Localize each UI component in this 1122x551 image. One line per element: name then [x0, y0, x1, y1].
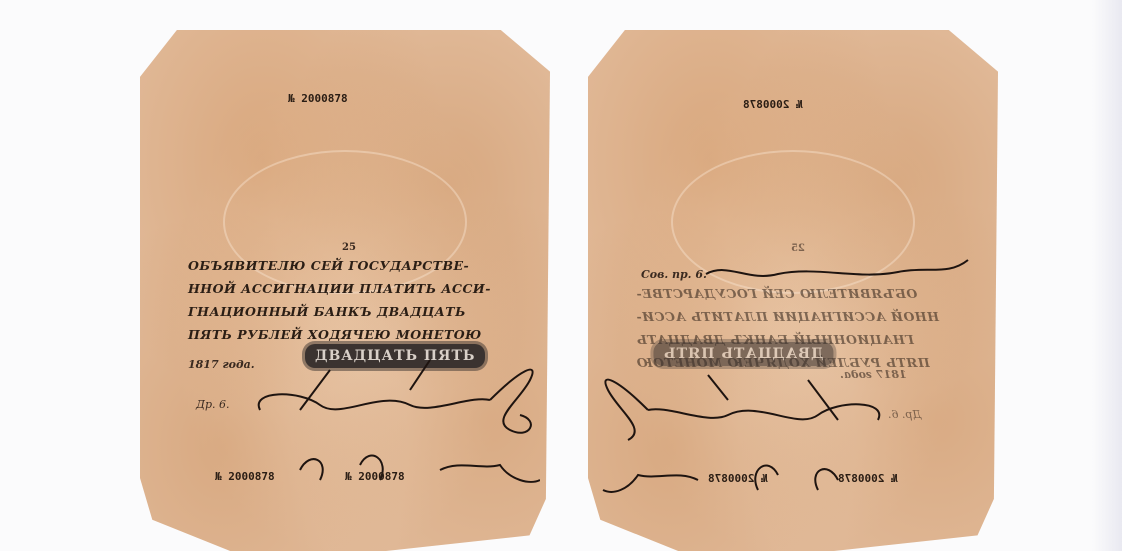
note-text-line: Объявителю сей государстве-: [188, 254, 488, 277]
banknote-back: № 2000878 25 Сов. пр. 6. Объявителю сей …: [588, 30, 998, 551]
note-text-line: нной ассигнации платить асси-: [636, 305, 939, 328]
note-text-line: пять рублей ходячею монетою: [188, 323, 488, 346]
note-text-line: гнационный банкъ двадцать: [188, 300, 488, 323]
note-text-line: нной ассигнации платить асси-: [188, 277, 488, 300]
denomination-stamp-mirrored: ДВАДЦАТЬ ПЯТЬ: [653, 342, 833, 366]
serial-number-bottom-left-mirrored: № 2000878: [708, 472, 768, 485]
serial-number-bottom-right: № 2000878: [345, 470, 405, 483]
serial-number-bottom-right-mirrored: № 2000878: [838, 472, 898, 485]
banknote-front: № 2000878 25 Объявителю сей государстве-…: [140, 30, 550, 551]
note-text: Объявителю сей государстве- нной ассигна…: [188, 254, 488, 346]
signatures-mirrored: [598, 370, 898, 510]
page-edge-shadow: [1092, 0, 1122, 551]
denomination-number: 25: [342, 242, 356, 253]
serial-number-bottom-left: № 2000878: [215, 470, 275, 483]
serial-number-top-mirrored: № 2000878: [743, 98, 803, 111]
note-text-line: Объявителю сей государстве-: [636, 282, 917, 305]
signature-label: Др. 6.: [196, 398, 229, 411]
serial-number-top: № 2000878: [288, 92, 348, 105]
